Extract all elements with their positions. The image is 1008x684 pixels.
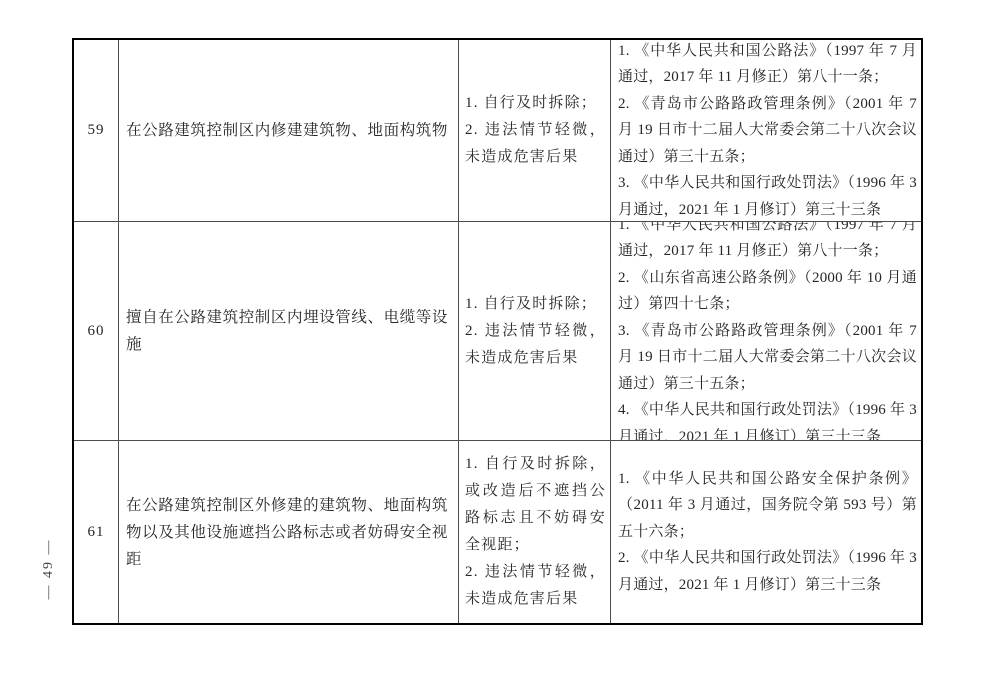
violation-cell: 擅自在公路建筑控制区内埋设管线、电缆等设施 [119,222,459,441]
violation-text: 擅自在公路建筑控制区内埋设管线、电缆等设施 [119,304,458,358]
legal-basis-cell: 1. 《中华人民共和国公路法》（1997 年 7 月通过，2017 年 11 月… [611,40,921,222]
document-page: — 49 — 59 在公路建筑控制区内修建建筑物、地面构筑物 1. 自行及时拆除… [0,0,1008,684]
legal-basis-text: 1. 《中华人民共和国公路安全保护条例》（2011 年 3 月通过，国务院令第 … [611,466,921,599]
page-number: — 49 — [38,528,60,610]
penalty-table: 59 在公路建筑控制区内修建建筑物、地面构筑物 1. 自行及时拆除； 2. 违法… [72,38,923,625]
circumstances-cell: 1. 自行及时拆除，或改造后不遮挡公路标志且不妨碍安全视距； 2. 违法情节轻微… [459,441,611,623]
circumstances-text: 1. 自行及时拆除，或改造后不遮挡公路标志且不妨碍安全视距； 2. 违法情节轻微… [459,451,610,613]
circumstances-text: 1. 自行及时拆除； 2. 违法情节轻微，未造成危害后果 [459,90,610,171]
legal-basis-cell: 1. 《中华人民共和国公路法》（1997 年 7 月通过，2017 年 11 月… [611,222,921,441]
violation-cell: 在公路建筑控制区内修建建筑物、地面构筑物 [119,40,459,222]
circumstances-cell: 1. 自行及时拆除； 2. 违法情节轻微，未造成危害后果 [459,40,611,222]
row-number-cell: 61 [74,441,119,623]
circumstances-text: 1. 自行及时拆除； 2. 违法情节轻微，未造成危害后果 [459,291,610,372]
violation-text: 在公路建筑控制区内修建建筑物、地面构筑物 [119,117,458,144]
legal-basis-text: 1. 《中华人民共和国公路法》（1997 年 7 月通过，2017 年 11 月… [611,222,921,441]
legal-basis-text: 1. 《中华人民共和国公路法》（1997 年 7 月通过，2017 年 11 月… [611,40,921,222]
circumstances-cell: 1. 自行及时拆除； 2. 违法情节轻微，未造成危害后果 [459,222,611,441]
legal-basis-cell: 1. 《中华人民共和国公路安全保护条例》（2011 年 3 月通过，国务院令第 … [611,441,921,623]
row-number-cell: 59 [74,40,119,222]
row-number-cell: 60 [74,222,119,441]
violation-text: 在公路建筑控制区外修建的建筑物、地面构筑物以及其他设施遮挡公路标志或者妨碍安全视… [119,492,458,573]
violation-cell: 在公路建筑控制区外修建的建筑物、地面构筑物以及其他设施遮挡公路标志或者妨碍安全视… [119,441,459,623]
